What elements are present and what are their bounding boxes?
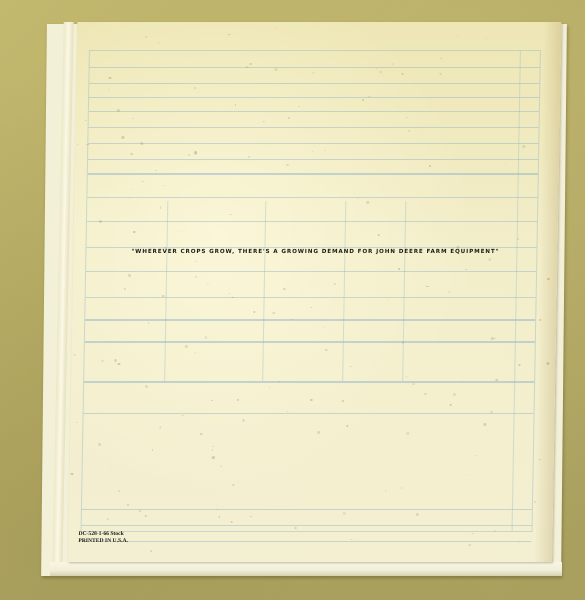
foxing-speck [539,459,541,460]
ledger-rule [86,297,536,298]
printed-in-label: PRINTED IN U.S.A. [78,538,128,544]
foxing-speck [392,63,394,65]
ledger-rule [82,509,532,510]
foxing-speck [229,214,231,215]
foxing-speck [378,234,380,236]
foxing-speck [347,425,349,427]
ledger-rule [89,127,539,128]
foxing-speck [211,400,212,402]
foxing-speck [334,283,336,285]
foxing-speck [164,247,166,249]
foxing-speck [519,542,520,543]
ledger-rule [87,197,537,198]
foxing-speck [341,400,343,401]
ledger-rule [81,541,531,542]
foxing-speck [146,36,148,38]
foxing-speck [476,455,477,456]
foxing-speck [133,231,135,233]
foxing-speck [468,544,471,546]
foxing-speck [285,317,286,318]
foxing-speck [488,258,491,261]
foxing-speck [212,456,215,459]
foxing-speck [518,238,519,239]
foxing-speck [276,27,277,28]
foxing-speck [518,364,521,366]
foxing-speck [77,422,78,423]
foxing-speck [539,319,541,320]
foxing-speck [288,117,290,119]
foxing-speck [228,34,229,35]
foxing-speck [131,153,133,155]
foxing-speck [468,474,469,475]
foxing-speck [491,337,494,340]
foxing-speck [367,201,370,204]
ledger-rule [89,111,539,112]
foxing-speck [127,504,129,506]
foxing-speck [407,432,410,434]
ledger-column-rule [402,201,406,381]
foxing-speck [362,99,364,101]
foxing-speck [164,185,165,186]
foxing-speck [494,530,496,531]
foxing-speck [248,156,250,157]
foxing-speck [416,513,419,516]
ledger-rule [85,341,535,343]
foxing-speck [379,71,381,73]
foxing-speck [221,466,222,467]
foxing-speck [77,144,79,146]
foxing-speck [465,269,467,271]
foxing-speck [107,518,109,519]
foxing-speck [145,515,147,516]
foxing-speck [376,68,377,69]
foxing-speck [453,393,456,396]
underlying-sheet-bottom-edge [50,562,562,576]
ledger-rule [86,247,536,248]
foxing-speck [342,512,345,515]
ledger-column-rule [262,201,266,381]
foxing-speck [99,220,102,223]
ledger-rule [82,525,532,526]
foxing-speck [158,42,160,44]
printer-imprint: DC-528-1-66 Stock PRINTED IN U.S.A. [78,531,128,544]
foxing-speck [155,170,156,171]
foxing-speck [98,443,101,445]
ledger-column-rule [512,51,521,531]
foxing-speck [262,121,264,122]
ledger-rule [90,67,540,68]
ledger-rule [85,319,535,321]
foxing-speck [286,164,289,166]
foxing-speck [231,521,233,523]
ledger-rule [88,159,538,160]
foxing-speck [205,336,208,339]
ledger-rule [89,83,539,84]
foxing-speck [182,415,184,416]
ledger-column-rule [342,201,346,381]
foxing-speck [406,117,408,118]
ledger-rule [88,173,538,175]
ledger-rule [87,221,537,222]
foxing-speck [522,145,525,148]
ledger-rule [84,413,534,414]
foxing-speck [486,38,487,39]
foxing-speck [195,276,197,278]
foxing-speck [291,319,292,320]
foxing-speck [71,473,74,475]
foxing-speck [122,136,125,139]
foxing-speck [401,73,403,75]
foxing-speck [408,130,410,132]
foxing-speck [429,165,431,167]
foxing-speck [212,446,214,447]
ledger-rule [88,143,538,144]
foxing-speck [235,104,237,105]
foxing-speck [150,550,153,552]
foxing-speck [84,120,86,121]
foxing-speck [368,96,370,97]
foxing-speck [440,58,441,59]
foxing-speck [132,189,133,190]
ledger-column-rule [164,201,168,381]
ledger-rule [86,271,536,272]
ledger-rule [84,381,534,383]
foxing-speck [310,399,313,402]
stock-number: DC-528-1-66 Stock [78,531,128,537]
foxing-speck [457,35,458,36]
foxing-speck [449,404,451,406]
brochure-back-cover: "WHEREVER CROPS GROW, THERE'S A GROWING … [68,22,561,562]
foxing-speck [472,533,473,534]
ledger-rule [89,97,539,98]
foxing-speck [102,360,104,362]
john-deere-slogan: "WHEREVER CROPS GROW, THERE'S A GROWING … [73,249,557,255]
foxing-speck [233,484,235,486]
foxing-speck [294,527,296,529]
foxing-speck [73,354,75,356]
faint-ledger-grid [81,50,541,532]
foxing-speck [118,490,120,492]
foxing-speck [269,387,270,388]
foxing-speck [141,142,144,145]
foxing-speck [128,274,131,277]
